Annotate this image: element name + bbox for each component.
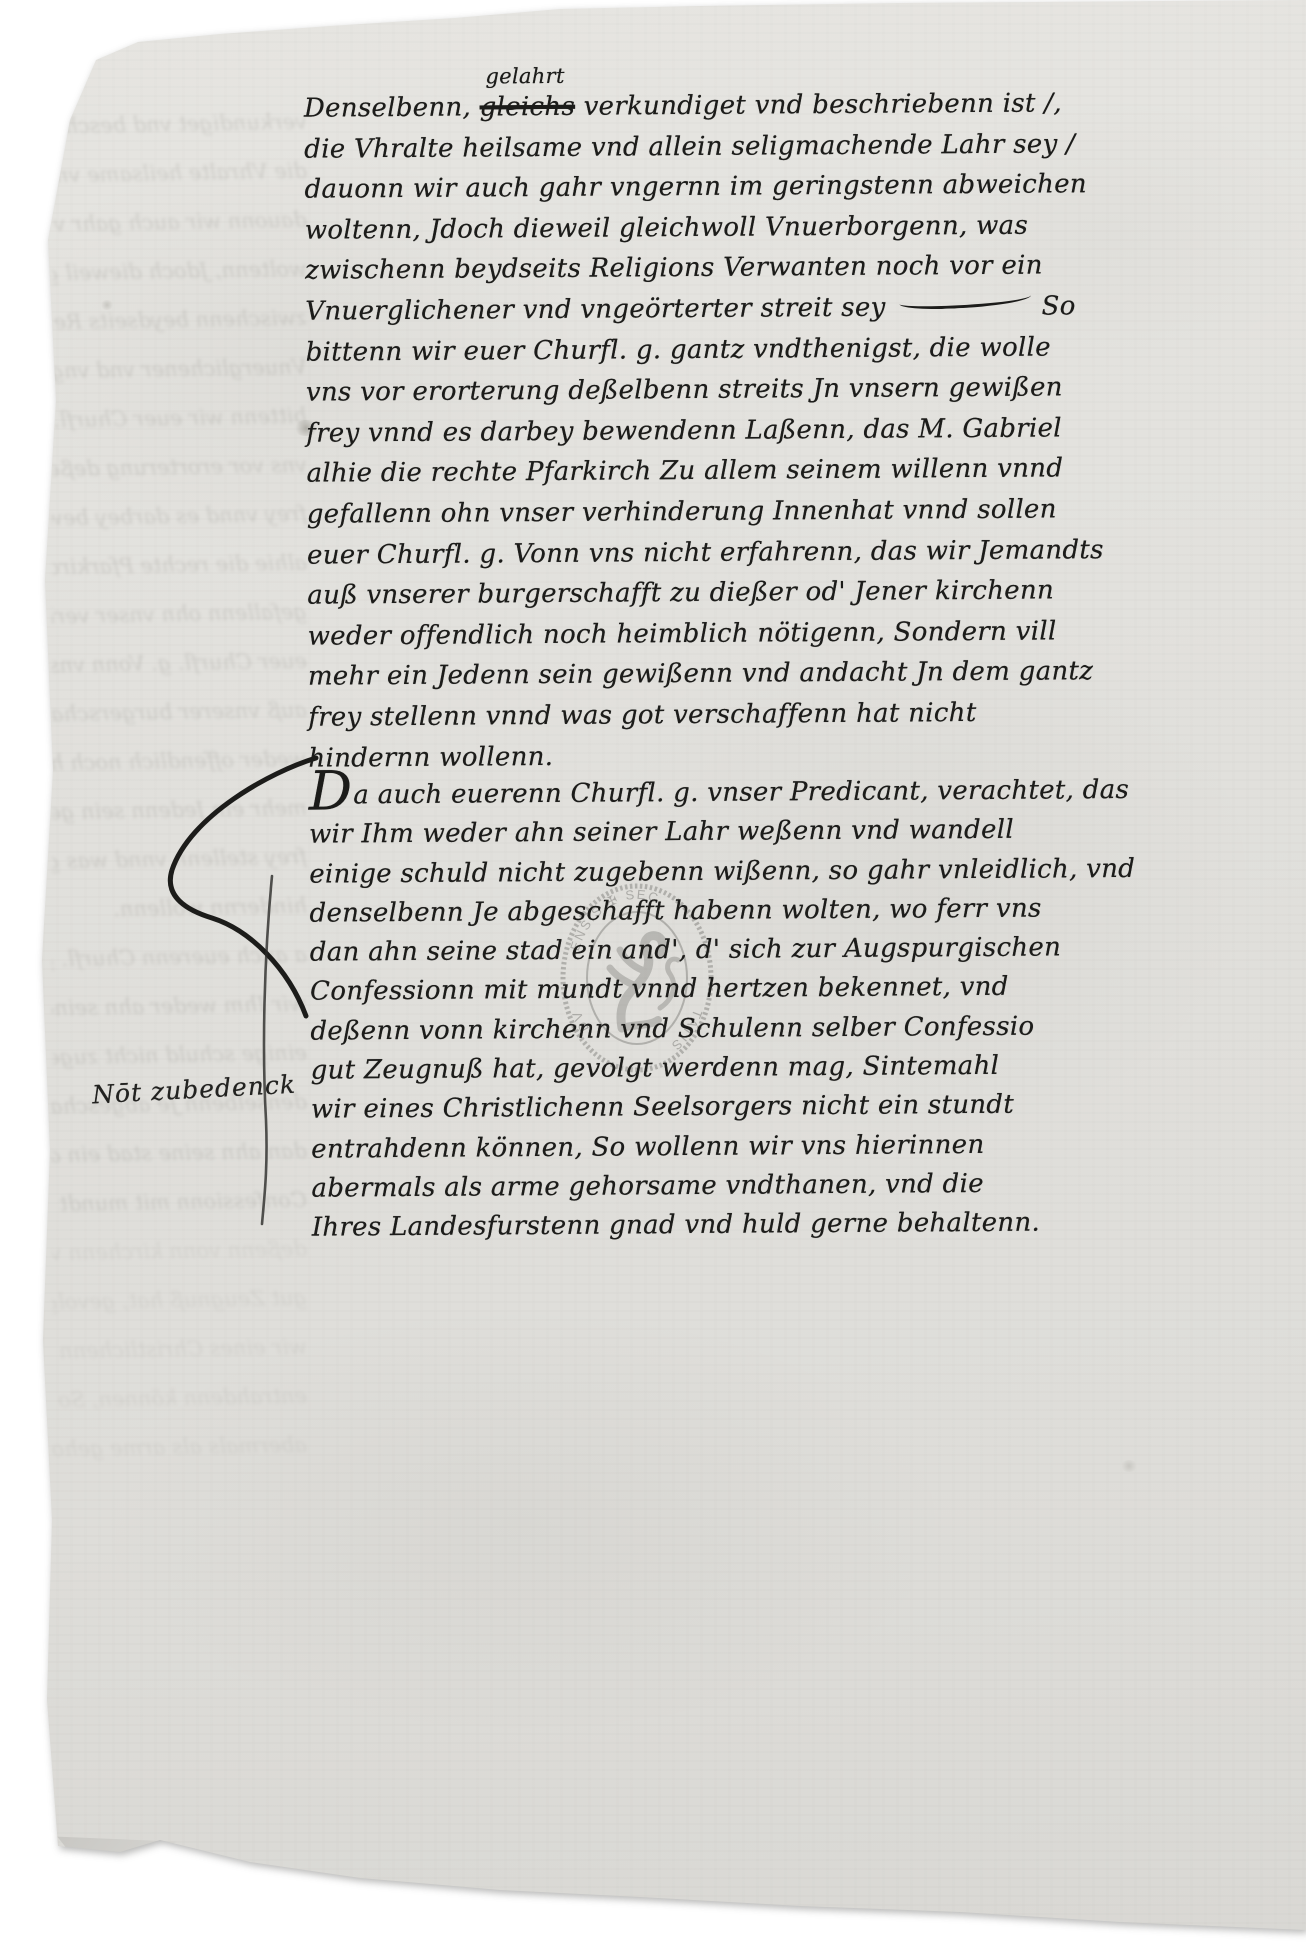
ink-speck — [1120, 1460, 1138, 1472]
manuscript-line: entrahdenn können, So wollenn wir vns hi… — [311, 1125, 1071, 1170]
bleedthrough-line: Vnuerglichener vnd vngeörterter streit s… — [52, 355, 308, 393]
paragraph-2: Da auch euerenn Churfl. g. vnser Predica… — [309, 771, 1072, 1248]
manuscript-line: wir eines Christlichenn Seelsorgers nich… — [311, 1086, 1071, 1131]
manuscript-line: zwischenn beydseits Religions Verwanten … — [305, 246, 1065, 292]
manuscript-line: Da auch euerenn Churfl. g. vnser Predica… — [309, 771, 1069, 816]
paper-surface: verkundiget vnd beschriebenn ist /,die V… — [0, 0, 1306, 1951]
bleedthrough-line: wir Ihm weder ahn seiner Lahr weßenn vnd… — [52, 992, 308, 1030]
margin-vertical-stroke — [250, 870, 290, 1230]
bleedthrough-line: zwischenn beydseits Religions Verwanten … — [52, 306, 308, 344]
manuscript-line: Ihres Landesfurstenn gnad vnd huld gerne… — [312, 1204, 1072, 1249]
manuscript-line: frey vnnd es darbey bewendenn Laßenn, da… — [306, 408, 1066, 454]
bleedthrough-line: alhie die rechte Pfarkirch Zu allem sein… — [52, 551, 308, 589]
bleedthrough-line: gefallenn ohn vnser verhinderung Innenha… — [52, 600, 308, 638]
bleedthrough-line: euer Churfl. g. Vonn vns nicht erfahrenn… — [52, 649, 308, 687]
bleedthrough-line: dan ahn seine stad ein and', d' sich zur… — [52, 1139, 308, 1177]
manuscript-line: Confessionn mit mundt vnnd hertzen beken… — [310, 968, 1070, 1013]
bleedthrough-line: vns vor erorterung deßelbenn streits Jn … — [52, 453, 308, 491]
manuscript-line: dauonn wir auch gahr vngernn im geringst… — [304, 165, 1064, 211]
manuscript-line: wir Ihm weder ahn seiner Lahr weßenn vnd… — [309, 811, 1069, 856]
bleedthrough-line: Confessionn mit mundt vnnd hertzen beken… — [52, 1188, 308, 1226]
manuscript-line: alhie die rechte Pfarkirch Zu allem sein… — [306, 449, 1066, 495]
manuscript-line: gut Zeugnuß hat, gevolgt werdenn mag, Si… — [311, 1046, 1071, 1091]
manuscript-line: gefallenn ohn vnser verhinderung Innenha… — [307, 489, 1067, 535]
manuscript-line: abermals als arme gehorsame vndthanen, v… — [311, 1164, 1071, 1209]
bleedthrough-line: woltenn, Jdoch dieweil gleichwoll Vnuerb… — [52, 257, 308, 295]
manuscript-line: dan ahn seine stad ein and', d' sich zur… — [310, 929, 1070, 974]
swash-initial: D — [309, 759, 353, 822]
manuscript-scan: verkundiget vnd beschriebenn ist /,die V… — [0, 0, 1306, 1951]
manuscript-line: euer Churfl. g. Vonn vns nicht erfahrenn… — [307, 530, 1067, 576]
manuscript-line: denselbenn Je abgeschafft habenn wolten,… — [309, 889, 1069, 934]
manuscript-line: einige schuld nicht zugebenn wißenn, so … — [309, 850, 1069, 895]
bleedthrough-line: die Vhralte heilsame vnd allein seligmac… — [52, 159, 308, 197]
bleedthrough-line: entrahdenn können, So wollenn wir vns hi… — [52, 1384, 308, 1422]
bleedthrough-line: gut Zeugnuß hat, gevolgt werdenn mag, Si… — [52, 1286, 308, 1324]
paragraph-1: Denselbenn, gelahrtgleichs verkundiget v… — [304, 83, 1069, 778]
bleedthrough-line: frey vnnd es darbey bewendenn Laßenn, da… — [52, 502, 308, 540]
margin-note: Nōt zubedenck — [91, 1070, 296, 1110]
bleedthrough-line: weder offendlich noch heimblich nötigenn… — [52, 747, 308, 785]
bleedthrough-line: verkundiget vnd beschriebenn ist /, — [52, 110, 308, 148]
bleedthrough-line: abermals als arme gehorsame vndthanen, v… — [52, 1433, 308, 1471]
bleedthrough-line: frey stellenn vnnd was got verschaffenn … — [52, 845, 308, 883]
manuscript-line: woltenn, Jdoch dieweil gleichwoll Vnuerb… — [305, 205, 1065, 251]
ink-speck — [100, 300, 114, 310]
manuscript-line: deßenn vonn kirchenn vnd Schulenn selber… — [310, 1007, 1070, 1052]
manuscript-line: die Vhralte heilsame vnd allein seligmac… — [304, 124, 1064, 170]
bleedthrough-line: hindernn wollenn. — [52, 894, 308, 932]
bleedthrough-line: dauonn wir auch gahr vngernn im geringst… — [52, 208, 308, 246]
manuscript-line: bittenn wir euer Churfl. g. gantz vndthe… — [306, 327, 1066, 373]
manuscript-line: mehr ein Jedenn sein gewißenn vnd andach… — [308, 652, 1068, 698]
manuscript-line: frey stellenn vnnd was got verschaffenn … — [308, 692, 1068, 738]
struck-through-word: gleichs — [480, 92, 576, 123]
manuscript-line: Vnuerglichener vnd vngeörterter streit s… — [305, 286, 1065, 332]
bleedthrough-line: mehr ein Jedenn sein gewißenn vnd andach… — [52, 796, 308, 834]
bleedthrough-line: deßenn vonn kirchenn vnd Schulenn selber… — [52, 1237, 308, 1275]
dash-flourish — [899, 288, 1032, 311]
manuscript-line: auß vnserer burgerschafft zu dießer od' … — [307, 570, 1067, 616]
bleedthrough-line: bittenn wir euer Churfl. g. gantz vndthe… — [52, 404, 308, 442]
manuscript-line: weder offendlich noch heimblich nötigenn… — [308, 611, 1068, 657]
manuscript-line: vns vor erorterung deßelbenn streits Jn … — [306, 368, 1066, 414]
paper-sheet: verkundiget vnd beschriebenn ist /,die V… — [0, 0, 1306, 1951]
folded-corner — [52, 1828, 182, 1890]
main-text-block: Denselbenn, gelahrtgleichs verkundiget v… — [304, 83, 1072, 1288]
bleedthrough-line: a auch euerenn Churfl. g. vnser Predican… — [52, 943, 308, 981]
bleedthrough-line: wir eines Christlichenn Seelsorgers nich… — [52, 1335, 308, 1373]
bleedthrough-line: auß vnserer burgerschafft zu dießer od' … — [52, 698, 308, 736]
manuscript-line: Denselbenn, gelahrtgleichs verkundiget v… — [304, 83, 1064, 129]
inserted-correction: gelahrt — [485, 66, 564, 88]
